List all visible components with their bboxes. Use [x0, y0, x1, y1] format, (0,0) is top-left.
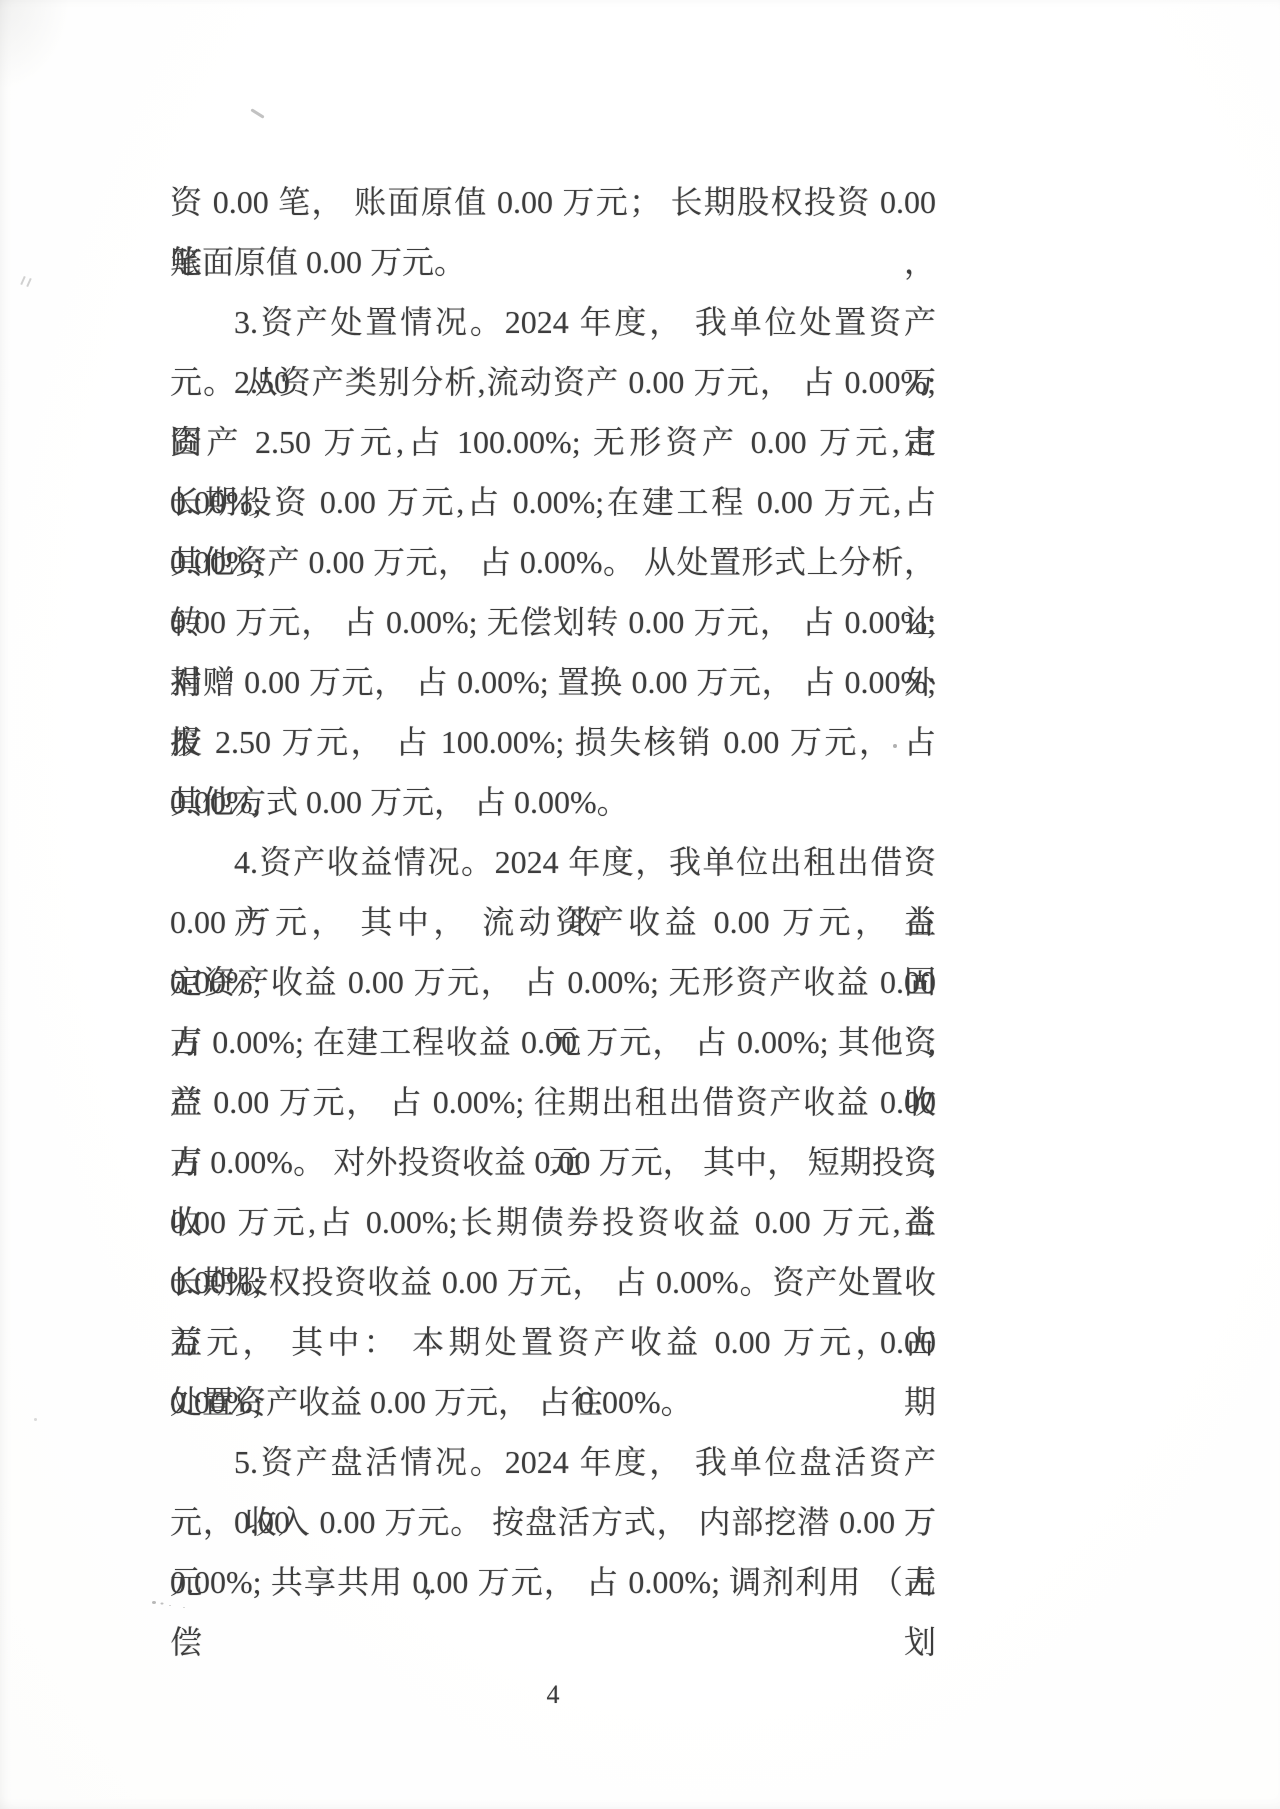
text-line: 0.00 万元， 其中， 流动资产收益 0.00 万元， 占 0.00%; 固: [170, 892, 936, 952]
text-line: 5.资产盘活情况。2024 年度， 我单位盘活资产 0.00 万: [170, 1432, 936, 1492]
scan-artifact: [250, 108, 264, 118]
text-line: 3.资产处置情况。2024 年度， 我单位处置资产 2.50 万: [170, 292, 936, 352]
text-line: 0.00 万元,占 0.00%;长期债券投资收益 0.00 万元,占 0.00%…: [170, 1192, 936, 1252]
text-line: 万元， 其中： 本期处置资产收益 0.00 万元， 占 0.00%; 往期: [170, 1312, 936, 1372]
text-line: 益 0.00 万元， 占 0.00%; 往期出租出借资产收益 0.00 万元,: [170, 1072, 936, 1132]
text-line: 定资产收益 0.00 万元， 占 0.00%; 无形资产收益 0.00 万元,: [170, 952, 936, 1012]
text-line: 长期投资 0.00 万元,占 0.00%;在建工程 0.00 万元,占 0.00…: [170, 472, 936, 532]
text-line: 0.00%; 共享共用 0.00 万元， 占 0.00%; 调剂利用 （无偿划: [170, 1552, 936, 1612]
scan-artifact: [22, 276, 32, 288]
text-line: 其他方式 0.00 万元， 占 0.00%。: [170, 772, 936, 832]
text-line: 占 0.00%。 对外投资收益 0.00 万元， 其中， 短期投资收益: [170, 1132, 936, 1192]
text-line: 元， 收入 0.00 万元。 按盘活方式， 内部挖潜 0.00 万元， 占: [170, 1492, 936, 1552]
text-line: 0.00 万元， 占 0.00%; 无偿划转 0.00 万元， 占 0.00%;…: [170, 592, 936, 652]
document-body: 资 0.00 笔， 账面原值 0.00 万元； 长期股权投资 0.00 笔， 账…: [170, 172, 936, 1612]
scan-artifact: [152, 1601, 156, 1604]
text-line: 资产 2.50 万元,占 100.00%; 无形资产 0.00 万元,占 0.0…: [170, 412, 936, 472]
scan-corner-shade: [0, 0, 70, 90]
text-line: 其他资产 0.00 万元， 占 0.00%。 从处置形式上分析， 转让: [170, 532, 936, 592]
text-line: 占 0.00%; 在建工程收益 0.00 万元， 占 0.00%; 其他资产收: [170, 1012, 936, 1072]
scan-artifact: [34, 1418, 37, 1421]
text-line: 长期股权投资收益 0.00 万元， 占 0.00%。资产处置收益 0.00: [170, 1252, 936, 1312]
text-line: 4.资产收益情况。2024 年度，我单位出租出借资产收益: [170, 832, 936, 892]
text-line: 资 0.00 笔， 账面原值 0.00 万元； 长期股权投资 0.00 笔，: [170, 172, 936, 232]
text-line: 元。 从资产类别分析,流动资产 0.00 万元， 占 0.00%; 固定: [170, 352, 936, 412]
text-line: 废 2.50 万元， 占 100.00%; 损失核销 0.00 万元， 占 0.…: [170, 712, 936, 772]
text-line: 捐赠 0.00 万元， 占 0.00%; 置换 0.00 万元， 占 0.00%…: [170, 652, 936, 712]
page-number: 4: [170, 1680, 936, 1710]
document-page: 资 0.00 笔， 账面原值 0.00 万元； 长期股权投资 0.00 笔， 账…: [0, 0, 1280, 1809]
